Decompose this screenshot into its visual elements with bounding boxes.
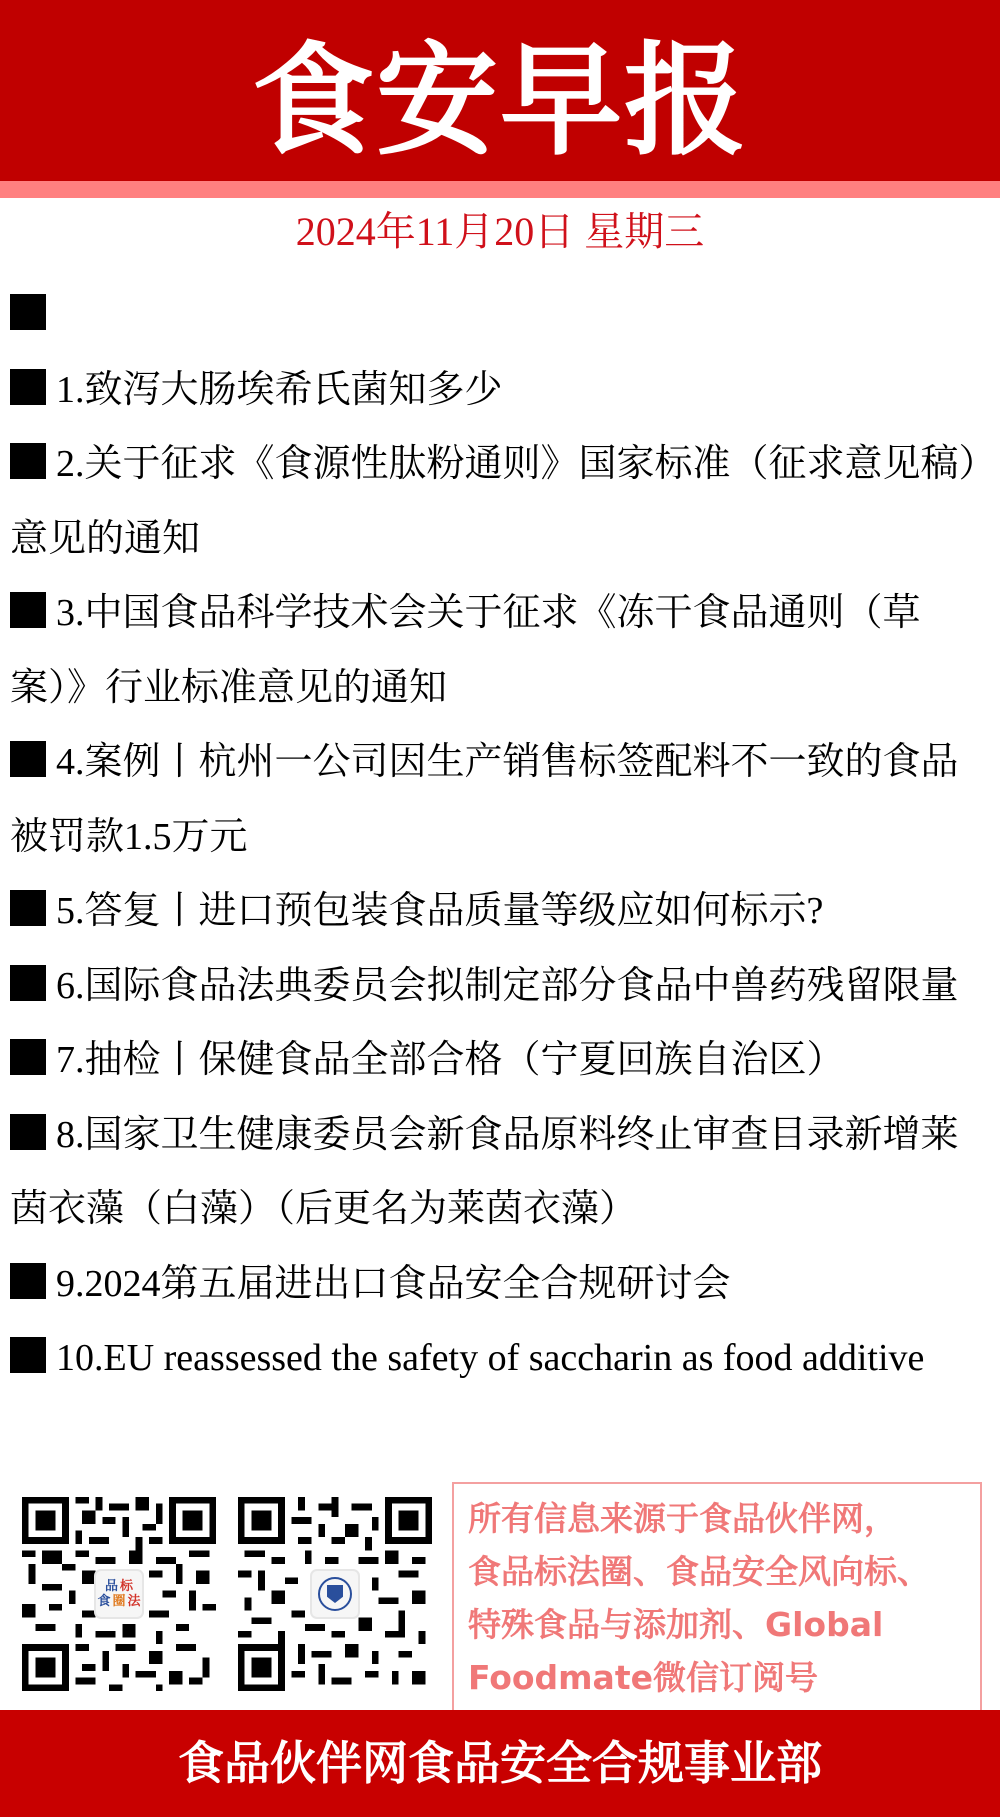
news-item-3[interactable]: 3.中国食品科学技术会关于征求《冻干食品通则（草案）》行业标准意见的通知 <box>10 576 990 725</box>
news-item-number: 6. <box>56 965 85 1007</box>
news-item-10[interactable]: 10.EU reassessed the safety of saccharin… <box>10 1321 990 1396</box>
masthead-title: 食安早报 <box>0 26 1000 176</box>
square-bullet-icon <box>10 592 46 628</box>
biaofaquan-logo-icon: 品标 食圈法 <box>94 1569 144 1619</box>
news-item-title: 抽检丨保健食品全部合格（宁夏回族自治区） <box>85 1039 845 1081</box>
footer-banner: 食品伙伴网食品安全合规事业部 <box>0 1710 1000 1817</box>
news-item-9[interactable]: 9.2024第五届进出口食品安全合规研讨会 <box>10 1247 990 1322</box>
news-item-7[interactable]: 7.抽检丨保健食品全部合格（宁夏回族自治区） <box>10 1023 990 1098</box>
square-bullet-icon <box>10 1263 46 1299</box>
source-info-line: 所有信息来源于食品伙伴网， <box>468 1492 980 1545</box>
masthead: 食安早报 <box>0 0 1000 181</box>
source-info-line: 食品标法圈、食品安全风向标、 <box>468 1545 980 1598</box>
news-item-title: EU reassessed the safety of saccharin as… <box>104 1337 925 1379</box>
news-item-number: 3. <box>56 592 85 634</box>
news-item-1[interactable]: 1.致泻大肠埃希氏菌知多少 <box>10 353 990 428</box>
news-list: 1.致泻大肠埃希氏菌知多少 2.关于征求《食源性肽粉通则》国家标准（征求意见稿）… <box>10 278 990 1396</box>
news-item-number: 2. <box>56 443 85 485</box>
source-info-line: Foodmate微信订阅号 <box>468 1651 980 1704</box>
news-item-title: 关于征求《食源性肽粉通则》国家标准（征求意见稿）意见的通知 <box>10 443 978 560</box>
news-item-title: 国际食品法典委员会拟制定部分食品中兽药残留限量 <box>85 965 959 1007</box>
news-item-number: 9. <box>56 1263 85 1305</box>
square-bullet-icon <box>10 1039 46 1075</box>
news-item-title: 答复丨进口预包装食品质量等级应如何标示? <box>85 890 824 932</box>
news-item-8[interactable]: 8.国家卫生健康委员会新食品原料终止审查目录新增莱茵衣藻（白藻）（后更名为莱茵衣… <box>10 1098 990 1247</box>
issue-date: 2024年11月20日 星期三 <box>0 204 1000 260</box>
global-foodmate-shield-icon <box>318 1577 352 1611</box>
news-item-title: 案例丨杭州一公司因生产销售标签配料不一致的食品被罚款1.5万元 <box>10 741 959 858</box>
square-bullet-icon <box>10 1337 46 1373</box>
news-item-number: 1. <box>56 369 85 411</box>
qr-code-biaofaquan[interactable]: 品标 食圈法 <box>22 1497 216 1691</box>
square-bullet-icon <box>10 1114 46 1150</box>
source-info-line: 特殊食品与添加剂、Global <box>468 1598 980 1651</box>
square-bullet-icon <box>10 890 46 926</box>
news-item-number: 8. <box>56 1114 85 1156</box>
news-item-number: 5. <box>56 890 85 932</box>
news-item-title: 致泻大肠埃希氏菌知多少 <box>85 369 503 411</box>
masthead-accent-band <box>0 181 1000 198</box>
footer-text: 食品伙伴网食品安全合规事业部 <box>178 1736 822 1790</box>
news-item-5[interactable]: 5.答复丨进口预包装食品质量等级应如何标示? <box>10 874 990 949</box>
news-item-4[interactable]: 4.案例丨杭州一公司因生产销售标签配料不一致的食品被罚款1.5万元 <box>10 725 990 874</box>
square-bullet-icon <box>10 369 46 405</box>
global-foodmate-logo <box>310 1569 360 1619</box>
square-bullet-icon <box>10 741 46 777</box>
square-bullet-icon <box>10 294 46 330</box>
source-info-box: 所有信息来源于食品伙伴网， 食品标法圈、食品安全风向标、 特殊食品与添加剂、Gl… <box>452 1482 982 1712</box>
news-item-number: 10. <box>56 1337 104 1379</box>
square-bullet-icon <box>10 965 46 1001</box>
news-item-title: 2024第五届进出口食品安全合规研讨会 <box>85 1263 731 1305</box>
qr-code-global-foodmate[interactable] <box>238 1497 432 1691</box>
news-item-number: 4. <box>56 741 85 783</box>
news-item-empty <box>10 278 990 353</box>
news-item-title: 国家卫生健康委员会新食品原料终止审查目录新增莱茵衣藻（白藻）（后更名为莱茵衣藻） <box>10 1114 959 1231</box>
news-item-title: 中国食品科学技术会关于征求《冻干食品通则（草案）》行业标准意见的通知 <box>10 592 921 709</box>
news-item-2[interactable]: 2.关于征求《食源性肽粉通则》国家标准（征求意见稿）意见的通知 <box>10 427 990 576</box>
news-item-6[interactable]: 6.国际食品法典委员会拟制定部分食品中兽药残留限量 <box>10 949 990 1024</box>
square-bullet-icon <box>10 443 46 479</box>
news-item-number: 7. <box>56 1039 85 1081</box>
